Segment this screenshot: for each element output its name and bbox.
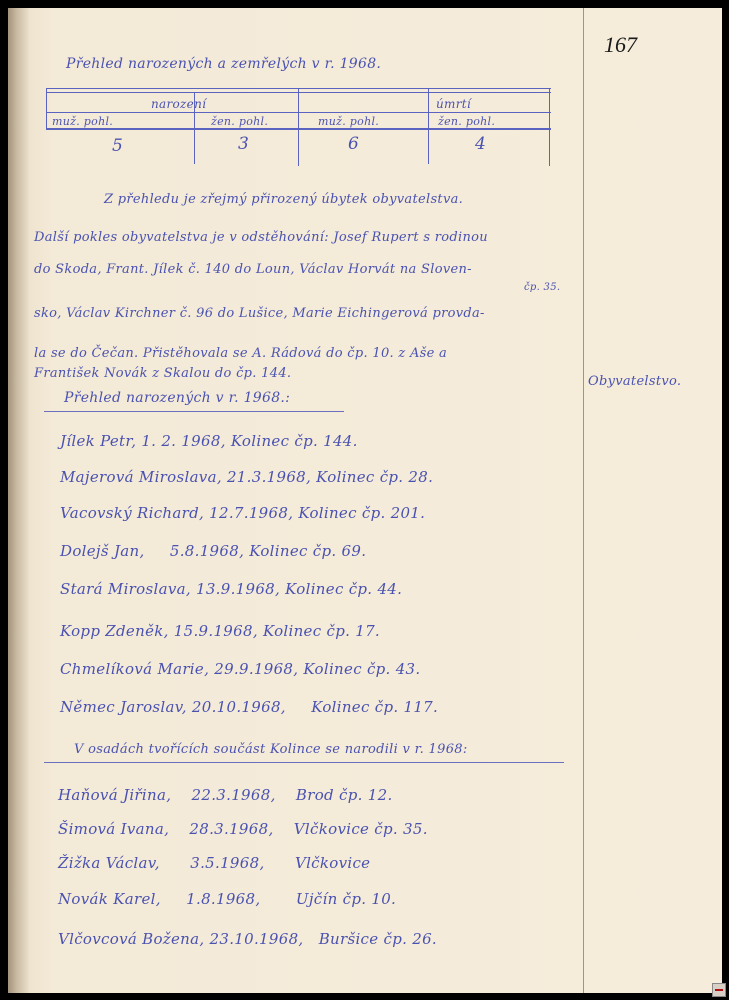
birth-entry: Němec Jaroslav, 20.10.1968, Kolinec čp. …: [60, 698, 438, 716]
header-deaths: úmrtí: [436, 97, 471, 111]
birth-entry: Jílek Petr, 1. 2. 1968, Kolinec čp. 144.: [60, 432, 358, 450]
binding-shadow: [8, 8, 30, 993]
birth-entry: Vacovský Richard, 12.7.1968, Kolinec čp.…: [60, 504, 425, 522]
paragraph-line: do Skoda, Frant. Jílek č. 140 do Loun, V…: [34, 262, 472, 277]
birth-entry: Kopp Zdeněk, 15.9.1968, Kolinec čp. 17.: [60, 622, 380, 640]
header-births: narození: [151, 97, 206, 111]
subheader-male-deaths: muž. pohl.: [318, 115, 379, 128]
subheader-male-births: muž. pohl.: [52, 115, 113, 128]
paragraph-line: Další pokles obyvatelstva je v odstěhová…: [34, 230, 488, 245]
ledger-page: 167 Přehled narozených a zemřelých v r. …: [8, 8, 722, 993]
minimize-icon[interactable]: [712, 983, 726, 997]
village-birth-entry: Haňová Jiřina, 22.3.1968, Brod čp. 12.: [58, 786, 393, 804]
paragraph-line: la se do Čečan. Přistěhovala se A. Rádov…: [34, 346, 447, 361]
village-birth-entry: Vlčovcová Božena, 23.10.1968, Buršice čp…: [58, 930, 437, 948]
paragraph-line: sko, Václav Kirchner č. 96 do Lušice, Ma…: [34, 306, 485, 321]
page-number: 167: [604, 32, 637, 58]
village-birth-entry: Žižka Václav, 3.5.1968, Vlčkovice: [58, 854, 370, 872]
births-heading: Přehled narozených v r. 1968.:: [64, 390, 290, 406]
margin-rule: [583, 8, 584, 993]
birth-entry: Dolejš Jan, 5.8.1968, Kolinec čp. 69.: [60, 542, 366, 560]
paragraph-insert: čp. 35.: [524, 282, 560, 293]
villages-heading: V osadách tvořících součást Kolince se n…: [74, 742, 468, 757]
village-birth-entry: Novák Karel, 1.8.1968, Ujčín čp. 10.: [58, 890, 396, 908]
birth-entry: Stará Miroslava, 13.9.1968, Kolinec čp. …: [60, 580, 402, 598]
heading-underline: [44, 411, 344, 412]
village-birth-entry: Šimová Ivana, 28.3.1968, Vlčkovice čp. 3…: [58, 820, 428, 838]
value-male-births: 5: [112, 136, 123, 156]
paragraph-line: František Novák z Skalou do čp. 144.: [34, 366, 291, 381]
margin-note: Obyvatelstvo.: [588, 374, 681, 389]
subheader-female-deaths: žen. pohl.: [438, 115, 495, 128]
subheader-female-births: žen. pohl.: [211, 115, 268, 128]
page-title: Přehled narozených a zemřelých v r. 1968…: [66, 56, 381, 72]
heading-underline: [44, 762, 564, 763]
value-female-births: 3: [238, 134, 249, 154]
paragraph-line: Z přehledu je zřejmý přirozený úbytek ob…: [104, 192, 463, 207]
stats-table: narození úmrtí muž. pohl. žen. pohl. muž…: [46, 88, 551, 166]
birth-entry: Majerová Miroslava, 21.3.1968, Kolinec č…: [60, 468, 433, 486]
value-female-deaths: 4: [475, 134, 486, 154]
birth-entry: Chmelíková Marie, 29.9.1968, Kolinec čp.…: [60, 660, 420, 678]
value-male-deaths: 6: [348, 134, 359, 154]
